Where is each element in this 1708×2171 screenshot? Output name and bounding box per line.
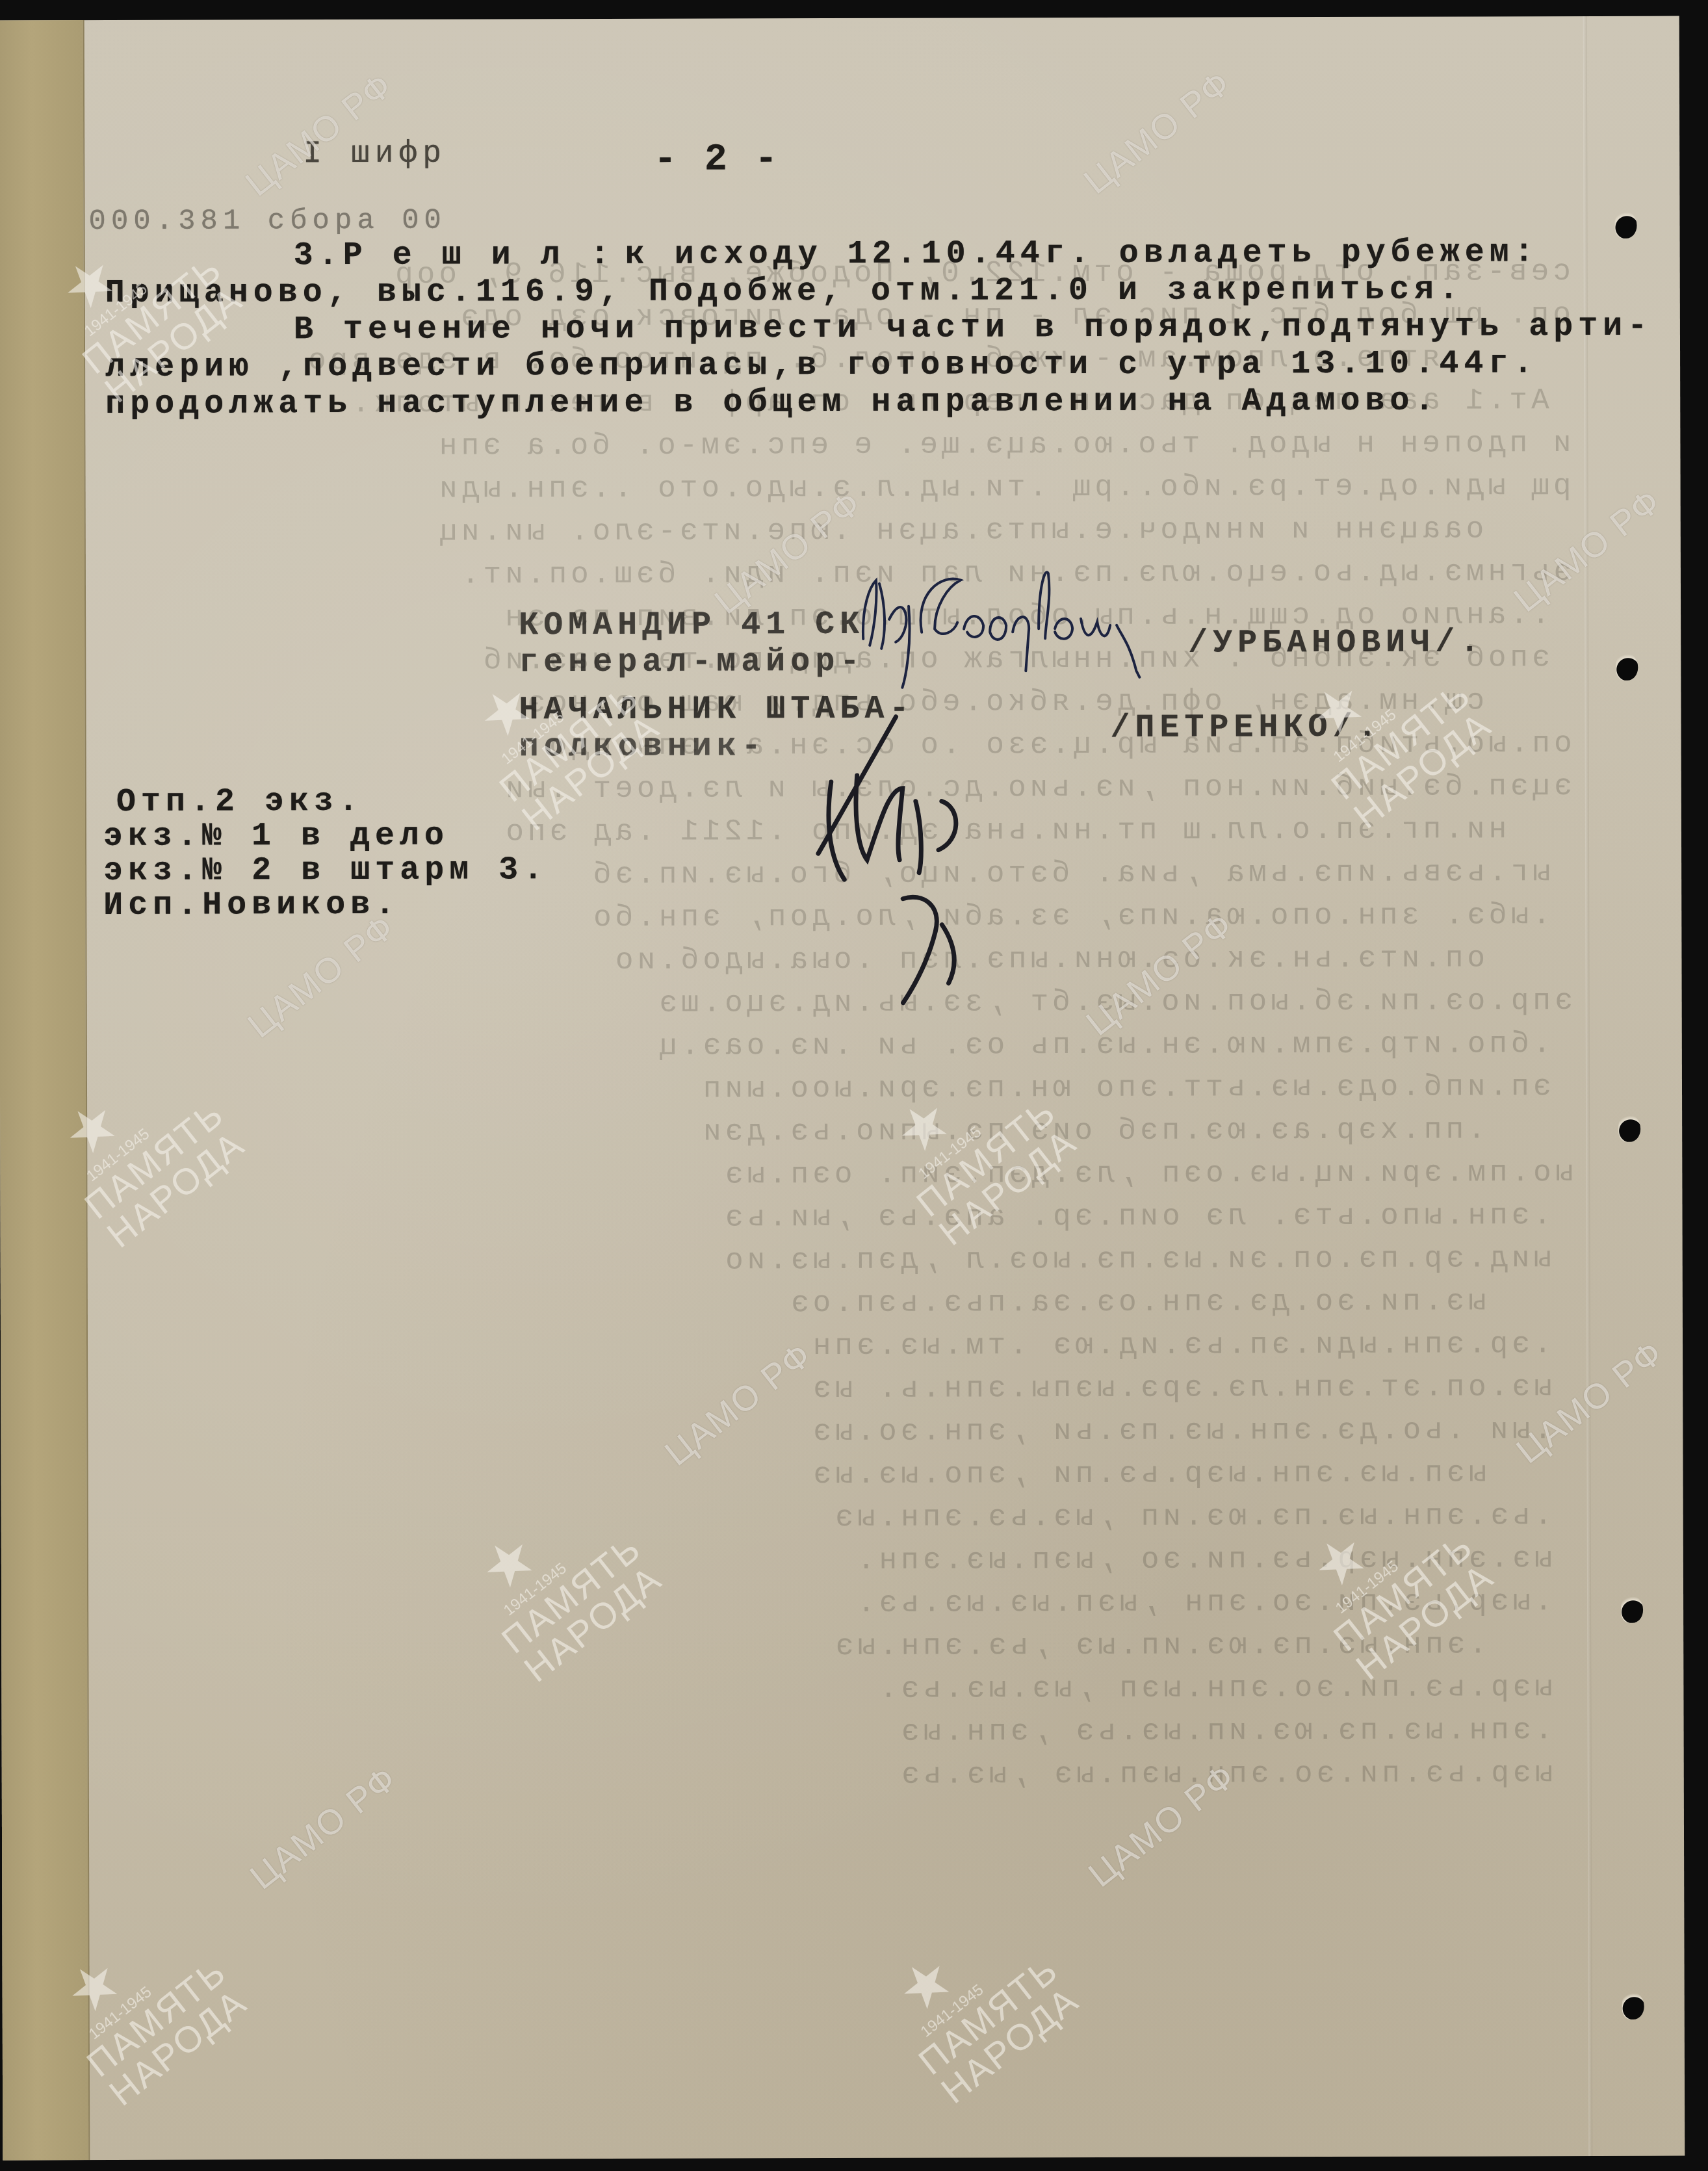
page-number: - 2 - — [654, 138, 780, 181]
punch-hole — [1618, 1115, 1640, 1142]
archive-watermark: ЦАМО РФ — [238, 65, 400, 205]
executor-name: Исп.Новиков. — [103, 887, 400, 924]
decision-line-5: продолжать наступление в общем направлен… — [105, 383, 1439, 423]
punch-hole — [1614, 211, 1637, 239]
punch-hole — [1616, 653, 1638, 681]
punch-hole — [1621, 1596, 1643, 1623]
decision-line-4: ллерию ,подвести боеприпасы,в готовности… — [105, 345, 1538, 386]
document-sheet: сев-зап. отд.роща - отм.122.0, Подобже, … — [0, 16, 1685, 2161]
decision-line-1: к исходу 12.10.44г. овладеть рубежем: — [625, 234, 1539, 274]
decision-line-3: В течение ночи привести части в порядок,… — [294, 308, 1652, 348]
copy-2-destination: экз.№ 2 в штарм 3. — [103, 851, 548, 890]
decision-line-2: Прищаново, выс.116.9, Подобже, отм.121.0… — [105, 271, 1464, 311]
copy-1-destination: экз.№ 1 в дело — [103, 818, 449, 855]
punch-hole — [1622, 1992, 1644, 2020]
copies-count: Отп.2 экз. — [116, 783, 363, 821]
decision-heading: 3.Р е ш и л : — [294, 237, 615, 274]
archive-watermark: ЦАМО РФ — [1076, 62, 1238, 202]
